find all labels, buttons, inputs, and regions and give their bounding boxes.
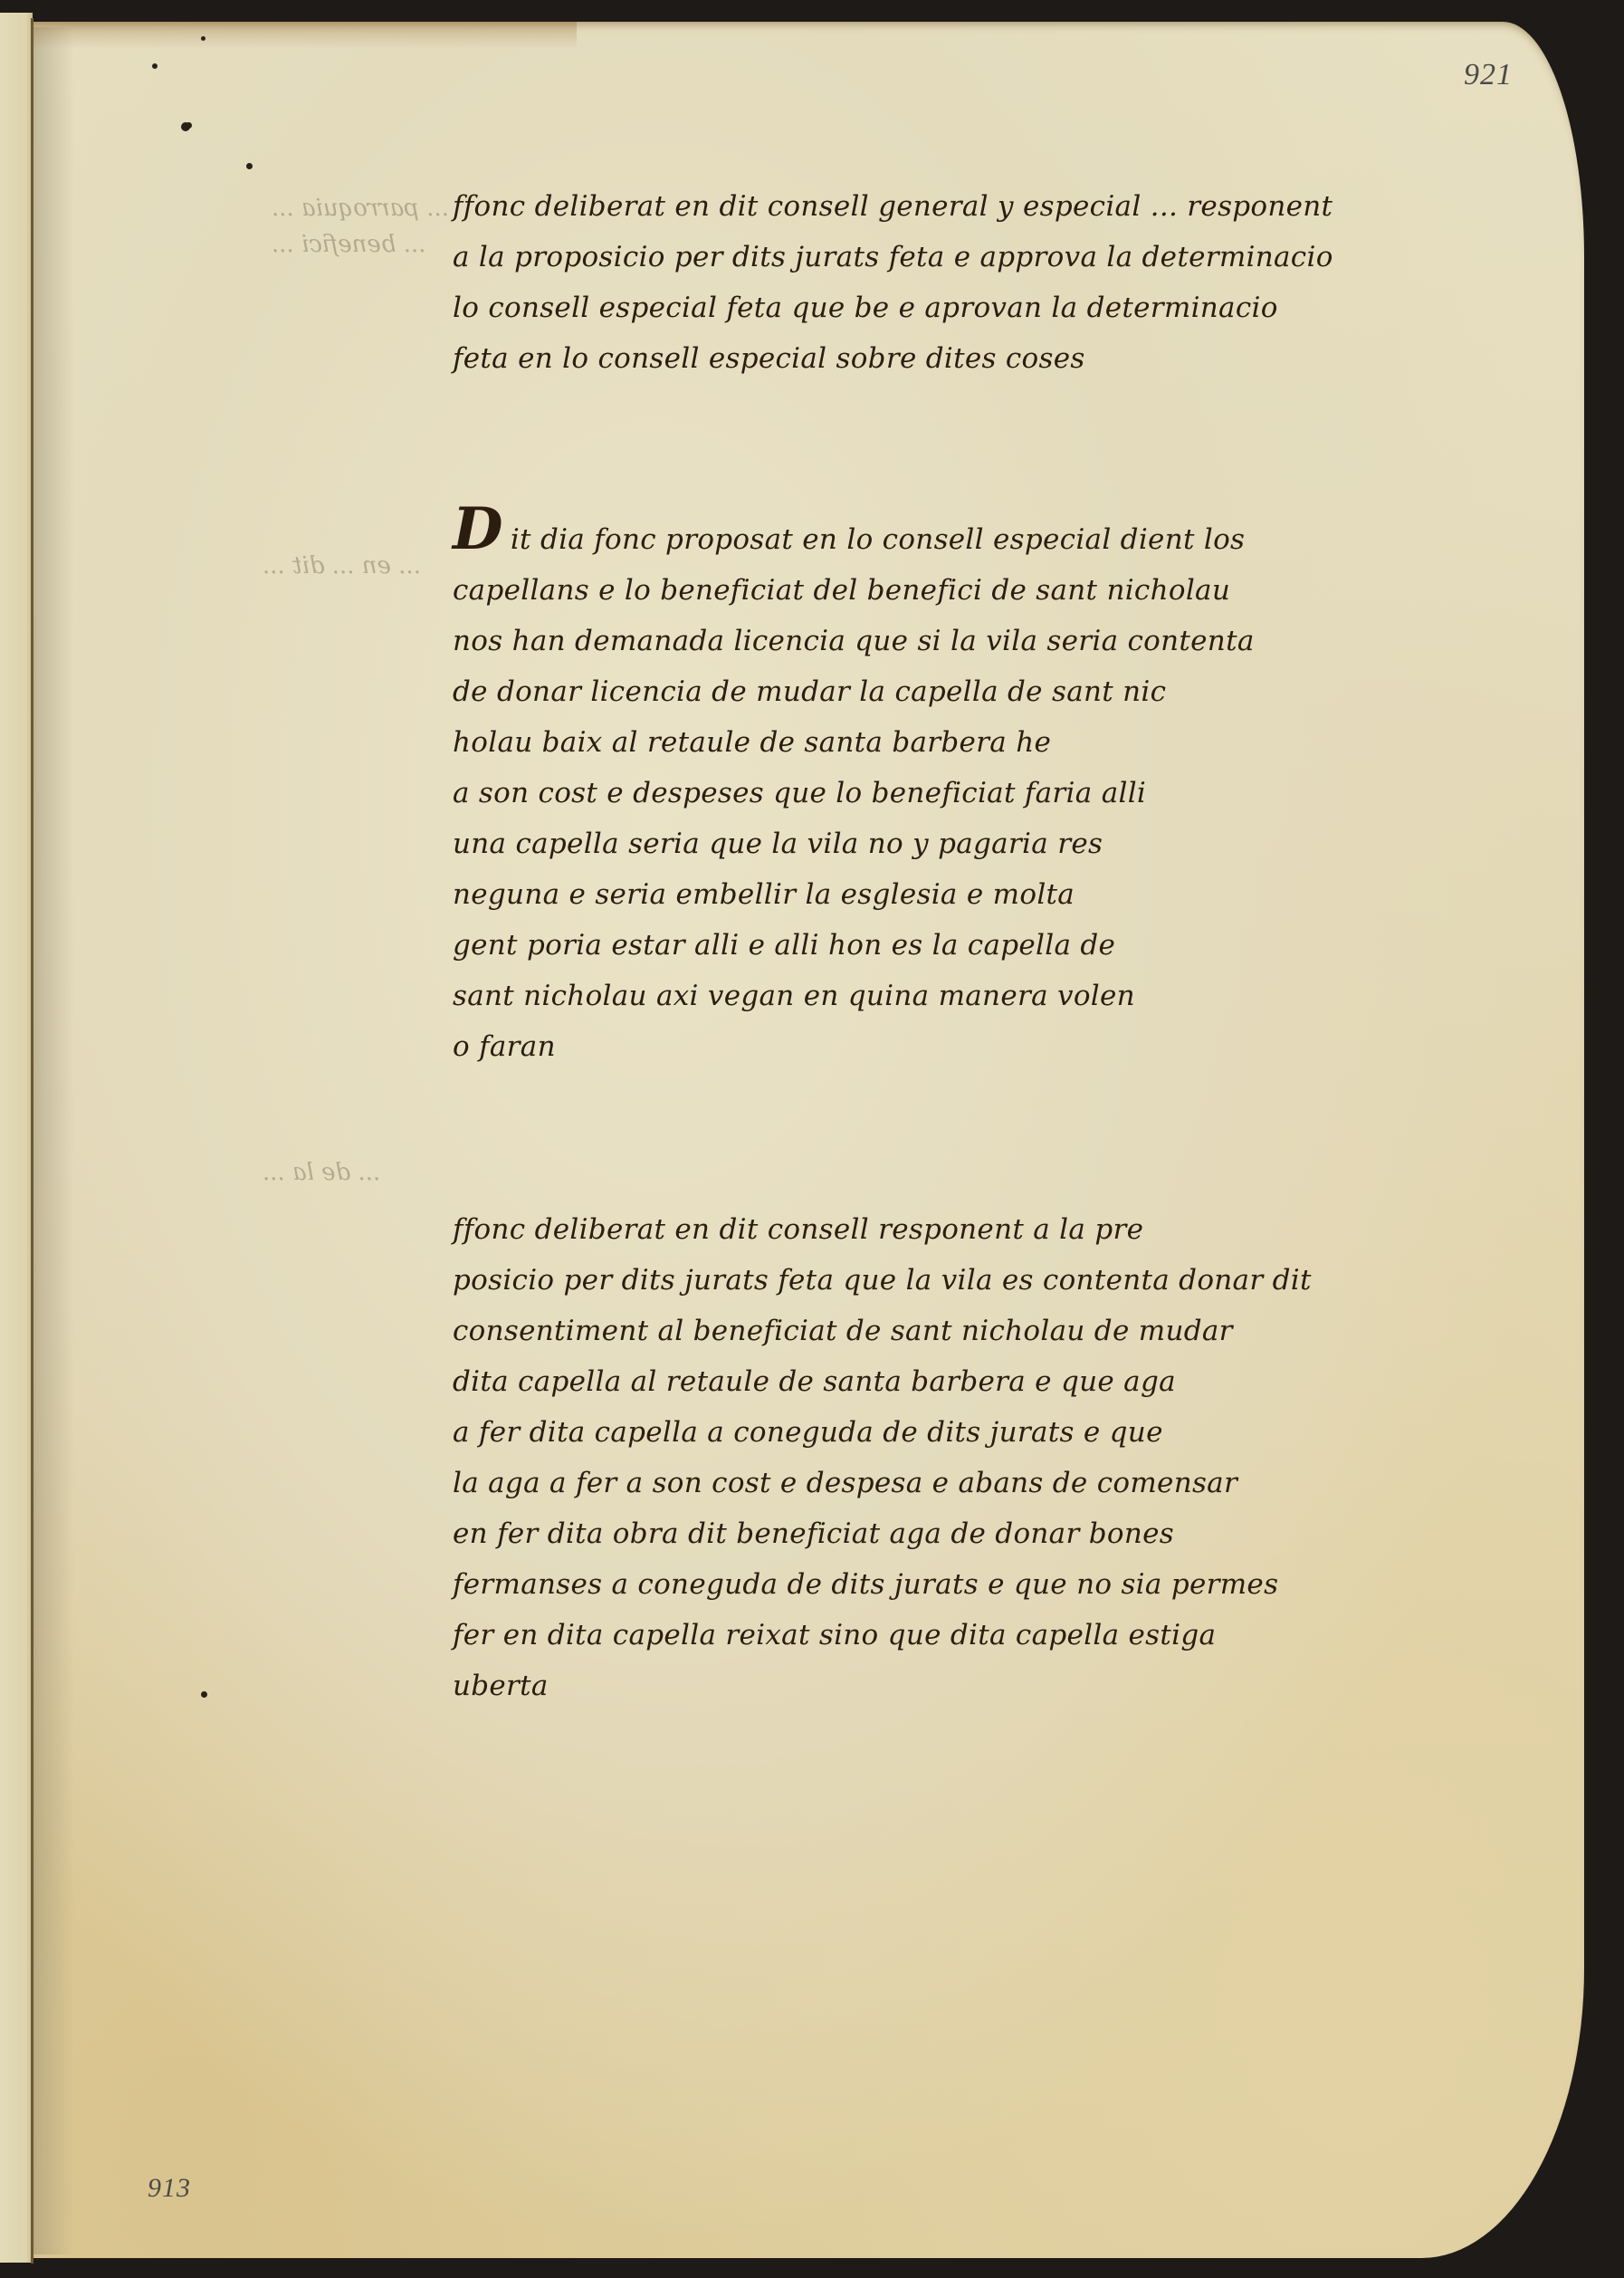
manuscript-scan: 921 913 ... parroquia ... ... benefici .… bbox=[0, 0, 1624, 2278]
text-line: Dit dia fonc proposat en lo consell espe… bbox=[453, 512, 1521, 565]
gutter-shadow bbox=[33, 27, 74, 2254]
text-line: neguna e seria embellir la esglesia e mo… bbox=[453, 869, 1521, 920]
text-line: de donar licencia de mudar la capella de… bbox=[453, 666, 1521, 717]
text-line: uberta bbox=[453, 1661, 1521, 1711]
ink-speck bbox=[186, 122, 192, 129]
text-line: capellans e lo beneficiat del benefici d… bbox=[453, 565, 1521, 616]
text-line: a son cost e despeses que lo beneficiat … bbox=[453, 768, 1521, 818]
text-line: a fer dita capella a conegudа de dits ju… bbox=[453, 1407, 1521, 1458]
top-edge-stain bbox=[33, 22, 577, 49]
text-line: a la proposicio per dits jurats feta e a… bbox=[453, 232, 1521, 282]
entry-3: ffonc deliberat en dit consell responent… bbox=[453, 1204, 1521, 1711]
text-line: feta en lo consell especial sobre dites … bbox=[453, 333, 1521, 384]
text-line: la aga a fer a son cost e despesa e aban… bbox=[453, 1458, 1521, 1508]
text-line: dita capella al retaule de santa barbera… bbox=[453, 1356, 1521, 1407]
text-line: ffonc deliberat en dit consell responent… bbox=[453, 1204, 1521, 1255]
text-line: consentiment al beneficiat de sant nicho… bbox=[453, 1306, 1521, 1356]
bleed-through-text: ... en ... dit ... bbox=[263, 552, 421, 579]
text-line: ffonc deliberat en dit consell general y… bbox=[453, 181, 1521, 232]
bleed-through-text: ... de la ... bbox=[263, 1159, 380, 1186]
decorated-initial: D bbox=[453, 495, 503, 563]
entry-1: ffonc deliberat en dit consell general y… bbox=[453, 181, 1521, 384]
text-line: nos han demanada licencia que si la vila… bbox=[453, 616, 1521, 666]
text-line: gent poria estar alli e alli hon es la c… bbox=[453, 920, 1521, 971]
text-line: fermanses a conegudа de dits jurats e qu… bbox=[453, 1559, 1521, 1610]
previous-leaf-edge bbox=[0, 13, 33, 2263]
text-line: posicio per dits jurats feta que la vila… bbox=[453, 1255, 1521, 1306]
text-line: sant nicholau axi vegan en quina manera … bbox=[453, 971, 1521, 1021]
entry-2: Dit dia fonc proposat en lo consell espe… bbox=[453, 512, 1521, 1072]
text-line: o faran bbox=[453, 1021, 1521, 1072]
text-line: fer en dita capella reixat sino que dita… bbox=[453, 1610, 1521, 1661]
bleed-through-text: ... benefici ... bbox=[272, 231, 426, 258]
text-line: en fer dita obra dit beneficiat aga de d… bbox=[453, 1508, 1521, 1559]
folio-number-top: 921 bbox=[1464, 58, 1513, 92]
text-line: holau baix al retaule de santa barbera h… bbox=[453, 717, 1521, 768]
text-line: lo consell especial feta que be e aprova… bbox=[453, 282, 1521, 333]
text-line: una capella seria que la vila no y pagar… bbox=[453, 818, 1521, 869]
text-line-content: it dia fonc proposat en lo consell espec… bbox=[511, 523, 1245, 556]
folio-number-bottom: 913 bbox=[148, 2173, 191, 2204]
bleed-through-text: ... parroquia ... bbox=[272, 195, 449, 222]
ink-speck bbox=[201, 1691, 207, 1698]
